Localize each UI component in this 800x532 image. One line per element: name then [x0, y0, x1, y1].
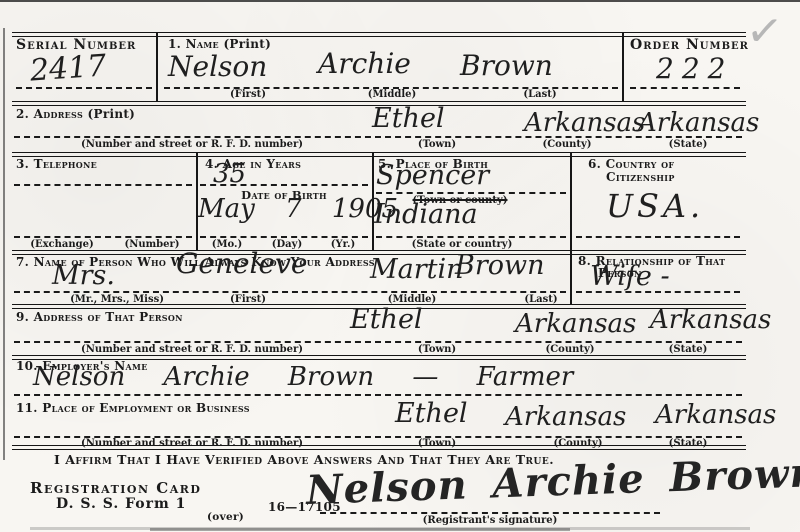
divider-contact-relationship — [570, 250, 572, 304]
writing-line — [14, 184, 192, 186]
writing-line — [576, 236, 740, 238]
contact-address-town-value: Ethel — [350, 306, 423, 333]
contact-address-state-sublabel: (State) — [669, 344, 708, 355]
contact-first-sublabel: (First) — [230, 294, 266, 305]
employment-county-value: Arkansas — [505, 404, 626, 430]
bottom-edge-artifact-dark — [150, 528, 570, 531]
writing-line — [14, 341, 742, 343]
name-label: 1. Name (Print) — [168, 37, 271, 51]
address-state-value: Arkansas — [638, 110, 759, 136]
telephone-label: 3. Telephone — [16, 157, 97, 171]
contact-title-value: Mrs. — [52, 262, 115, 289]
address-county-value: Arkansas — [524, 110, 645, 136]
contact-address-label-text: Address of That Person — [34, 310, 183, 324]
contact-last-value: Brown — [455, 252, 545, 279]
address-label-number: 2. — [16, 107, 29, 121]
name-last-sublabel: (Last) — [523, 89, 556, 100]
contact-label-number: 7. — [16, 255, 29, 269]
serial-number-value: 2417 — [29, 51, 107, 86]
dob-year-sublabel: (Yr.) — [331, 239, 355, 250]
contact-address-county-sublabel: (County) — [545, 344, 594, 355]
telephone-label-text: Telephone — [34, 157, 97, 171]
employment-town-value: Ethel — [395, 400, 468, 427]
writing-line — [200, 184, 368, 186]
form-number: D. S. S. Form 1 — [56, 496, 186, 512]
employment-state-sublabel: (State) — [669, 438, 708, 449]
date-of-birth-value: May 7 1905 — [198, 196, 398, 222]
employment-county-sublabel: (County) — [553, 438, 602, 449]
contact-middle-value: Martin — [370, 256, 464, 283]
telephone-number-sublabel: (Number) — [124, 239, 179, 250]
employment-street-sublabel: (Number and street or R. F. D. number) — [81, 438, 303, 449]
relationship-value: Wife - — [590, 263, 670, 290]
writing-line — [376, 192, 566, 194]
employment-state-value: Arkansas — [655, 402, 776, 428]
registration-card-title: Registration Card — [30, 479, 201, 497]
contact-address-town-sublabel: (Town) — [418, 344, 456, 355]
name-last-value: Brown — [460, 52, 553, 80]
writing-line — [200, 236, 368, 238]
contact-last-sublabel: (Last) — [524, 294, 557, 305]
writing-line — [14, 236, 192, 238]
contact-address-county-value: Arkansas — [515, 311, 636, 337]
top-edge-artifact — [0, 0, 800, 2]
citizenship-label-line1: Country of — [606, 157, 675, 171]
name-label-print: (Print) — [223, 37, 271, 51]
name-middle-sublabel: (Middle) — [368, 89, 416, 100]
telephone-label-number: 3. — [16, 157, 29, 171]
signature-line — [320, 512, 660, 514]
name-first-value: Nelson — [168, 53, 267, 81]
citizenship-label: 6. Country of — [588, 157, 674, 171]
name-label-text: Name — [186, 37, 219, 51]
writing-line — [576, 291, 740, 293]
divider-name-order — [622, 32, 624, 101]
address-label-text: Address — [34, 107, 83, 121]
contact-first-value: Geneleve — [176, 250, 307, 278]
employer-value: Nelson Archie Brown — Farmer — [33, 364, 573, 390]
address-county-sublabel: (County) — [542, 139, 591, 150]
writing-line — [14, 291, 566, 293]
order-number-label: Order Number — [630, 37, 749, 53]
left-edge-artifact — [3, 28, 5, 460]
birthplace-state-value: Indiana — [374, 201, 478, 228]
contact-title-sublabel: (Mr., Mrs., Miss) — [70, 294, 164, 305]
address-town-value: Ethel — [372, 105, 445, 132]
contact-address-state-value: Arkansas — [650, 307, 771, 333]
citizenship-value: USA. — [606, 190, 704, 222]
writing-line — [16, 87, 152, 89]
employment-label-text: Place of Employment or Business — [42, 401, 250, 415]
writing-line — [14, 136, 742, 138]
divider-serial-name — [156, 32, 158, 101]
writing-line — [14, 394, 742, 396]
divider-birthplace-citizenship — [570, 152, 572, 250]
contact-address-label: 9. Address of That Person — [16, 310, 183, 324]
name-middle-value: Archie — [318, 50, 411, 78]
order-number-value: 222 — [656, 55, 733, 83]
employment-label-number: 11. — [16, 401, 38, 415]
contact-address-label-number: 9. — [16, 310, 29, 324]
employment-label: 11. Place of Employment or Business — [16, 401, 250, 415]
over-note: (over) — [207, 511, 244, 523]
birthplace-town-value: Spencer — [376, 162, 489, 189]
citizenship-label-number: 6. — [588, 157, 601, 171]
telephone-exchange-sublabel: (Exchange) — [30, 239, 94, 250]
address-label-print: (Print) — [88, 107, 136, 121]
citizenship-label-line2: Citizenship — [606, 170, 675, 184]
name-label-number: 1. — [168, 37, 181, 51]
name-first-sublabel: (First) — [230, 89, 266, 100]
signature-sublabel: (Registrant's signature) — [423, 515, 558, 526]
address-town-sublabel: (Town) — [418, 139, 456, 150]
draft-registration-card: ✓ Serial Number 1. Name (Print) Order Nu… — [0, 0, 800, 532]
employment-town-sublabel: (Town) — [418, 438, 456, 449]
checkmark-annotation: ✓ — [743, 4, 785, 59]
address-state-sublabel: (State) — [669, 139, 708, 150]
writing-line — [630, 87, 740, 89]
birthplace-state-sublabel: (State or country) — [412, 239, 513, 250]
contact-address-street-sublabel: (Number and street or R. F. D. number) — [81, 344, 303, 355]
address-street-sublabel: (Number and street or R. F. D. number) — [81, 139, 303, 150]
address-label: 2. Address (Print) — [16, 107, 135, 121]
writing-line — [376, 236, 566, 238]
